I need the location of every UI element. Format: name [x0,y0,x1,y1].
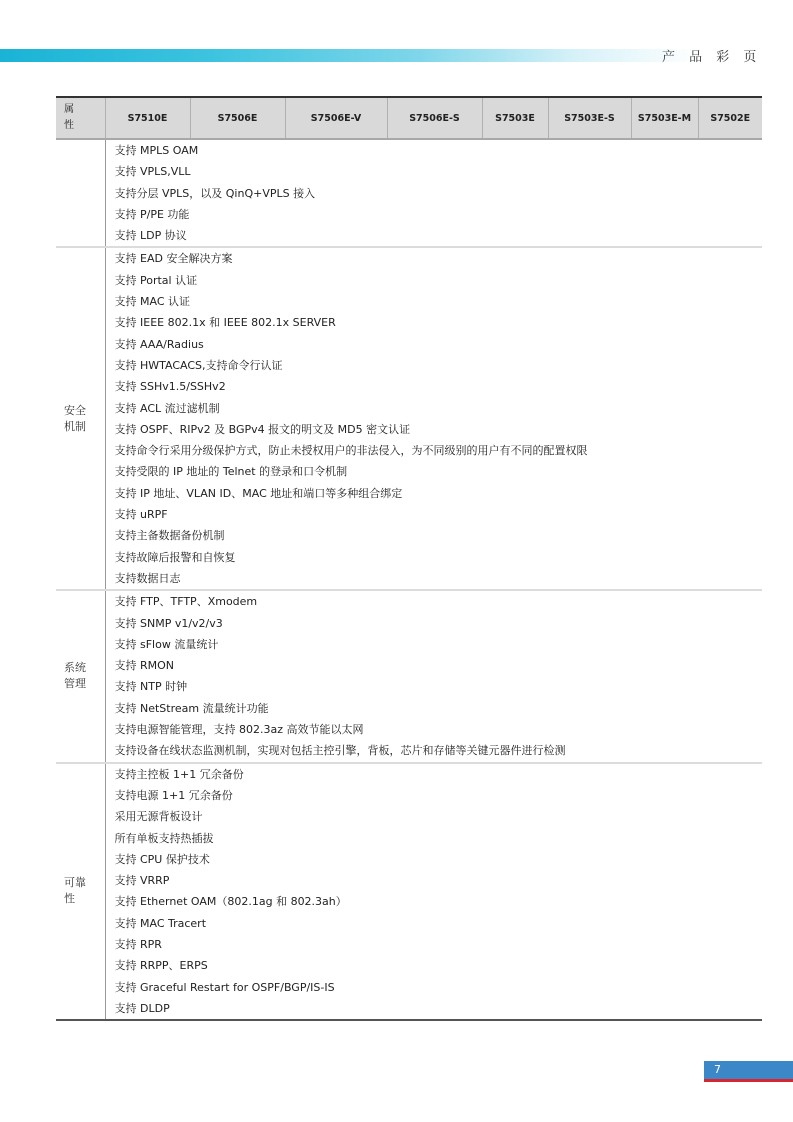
feature-item: 支持 RPR [115,934,763,955]
feature-item: 支持 EAD 安全解决方案 [115,248,763,269]
section-label: 安全 机制 [56,247,105,590]
section-label-line: 管理 [64,676,104,692]
feature-item: 支持 SNMP v1/v2/v3 [115,613,763,634]
feature-item: 支持 ACL 流过滤机制 [115,398,763,419]
feature-item: 支持 FTP、TFTP、Xmodem [115,591,763,612]
feature-item: 支持受限的 IP 地址的 Telnet 的登录和口令机制 [115,461,763,482]
feature-item: 支持 NTP 时钟 [115,676,763,697]
feature-item: 支持 AAA/Radius [115,334,763,355]
section-label-line: 性 [64,891,104,907]
feature-item: 支持 RMON [115,655,763,676]
attr-header-line: 属 [64,102,105,118]
feature-item: 支持电源智能管理，支持 802.3az 高效节能以太网 [115,719,763,740]
feature-item: 支持 DLDP [115,998,763,1019]
attr-column-header: 属 性 [56,97,105,139]
section-label [56,139,105,247]
feature-item: 支持 LDP 协议 [115,225,763,246]
section-system-management: 系统 管理 支持 FTP、TFTP、Xmodem 支持 SNMP v1/v2/v… [56,590,762,762]
feature-item: 支持 OSPF、RIPv2 及 BGPv4 报文的明文及 MD5 密文认证 [115,419,763,440]
feature-item: 支持 MAC 认证 [115,291,763,312]
page-number: 7 [704,1061,793,1079]
column-header: S7503E-S [548,97,631,139]
attr-header-line: 性 [64,118,105,134]
feature-item: 支持 HWTACACS,支持命令行认证 [115,355,763,376]
feature-item: 支持 P/PE 功能 [115,204,763,225]
feature-item: 支持主控板 1+1 冗余备份 [115,764,763,785]
section-mpls: 支持 MPLS OAM 支持 VPLS,VLL 支持分层 VPLS，以及 Qin… [56,139,762,247]
feature-item: 支持 IEEE 802.1x 和 IEEE 802.1x SERVER [115,312,763,333]
feature-item: 支持数据日志 [115,568,763,589]
feature-item: 支持 IP 地址、VLAN ID、MAC 地址和端口等多种组合绑定 [115,483,763,504]
section-security: 安全 机制 支持 EAD 安全解决方案 支持 Portal 认证 支持 MAC … [56,247,762,590]
section-label-line: 机制 [64,419,104,435]
section-reliability: 可靠 性 支持主控板 1+1 冗余备份 支持电源 1+1 冗余备份 采用无源背板… [56,763,762,1021]
feature-item: 支持 SSHv1.5/SSHv2 [115,376,763,397]
column-header: S7502E [698,97,762,139]
document-title: 产 品 彩 页 [662,46,761,65]
feature-item: 所有单板支持热插拔 [115,828,763,849]
feature-list: 支持 FTP、TFTP、Xmodem 支持 SNMP v1/v2/v3 支持 s… [105,590,762,762]
column-header: S7503E-M [631,97,698,139]
feature-list: 支持主控板 1+1 冗余备份 支持电源 1+1 冗余备份 采用无源背板设计 所有… [105,763,762,1021]
feature-item: 支持 sFlow 流量统计 [115,634,763,655]
feature-item: 支持 uRPF [115,504,763,525]
feature-list: 支持 MPLS OAM 支持 VPLS,VLL 支持分层 VPLS，以及 Qin… [105,139,762,247]
feature-item: 支持 MAC Tracert [115,913,763,934]
section-label: 可靠 性 [56,763,105,1021]
spec-table: 属 性 S7510E S7506E S7506E-V S7506E-S S750… [56,96,762,1021]
feature-item: 支持 VPLS,VLL [115,161,763,182]
feature-item: 支持 Ethernet OAM（802.1ag 和 802.3ah） [115,891,763,912]
section-label-line: 可靠 [64,875,104,891]
column-header: S7506E-V [285,97,387,139]
section-label: 系统 管理 [56,590,105,762]
feature-list: 支持 EAD 安全解决方案 支持 Portal 认证 支持 MAC 认证 支持 … [105,247,762,590]
feature-item: 支持 RRPP、ERPS [115,955,763,976]
feature-item: 支持 Portal 认证 [115,270,763,291]
feature-item: 支持电源 1+1 冗余备份 [115,785,763,806]
feature-item: 支持 NetStream 流量统计功能 [115,698,763,719]
section-label-line: 系统 [64,660,104,676]
page-number-underline [704,1079,793,1082]
feature-item: 支持 CPU 保护技术 [115,849,763,870]
table-header-row: 属 性 S7510E S7506E S7506E-V S7506E-S S750… [56,97,762,139]
feature-item: 支持 Graceful Restart for OSPF/BGP/IS-IS [115,977,763,998]
header-gradient-bar [0,49,700,62]
section-label-line: 安全 [64,403,104,419]
feature-item: 支持 VRRP [115,870,763,891]
feature-item: 支持命令行采用分级保护方式，防止未授权用户的非法侵入，为不同级别的用户有不同的配… [115,440,763,461]
feature-item: 支持故障后报警和自恢复 [115,547,763,568]
column-header: S7510E [105,97,190,139]
feature-item: 支持设备在线状态监测机制，实现对包括主控引擎，背板，芯片和存储等关键元器件进行检… [115,740,763,761]
column-header: S7503E [482,97,548,139]
feature-item: 采用无源背板设计 [115,806,763,827]
feature-item: 支持分层 VPLS，以及 QinQ+VPLS 接入 [115,183,763,204]
column-header: S7506E-S [387,97,482,139]
feature-item: 支持主备数据备份机制 [115,525,763,546]
feature-item: 支持 MPLS OAM [115,140,763,161]
column-header: S7506E [190,97,285,139]
